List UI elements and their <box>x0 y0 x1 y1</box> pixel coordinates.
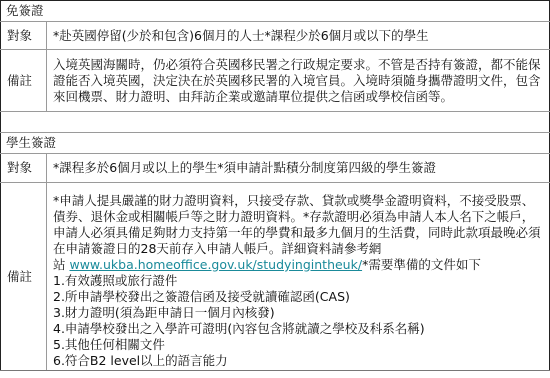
row-label: 備註 <box>1 50 47 112</box>
table-row-target: 對象 *課程多於6個月或以上的學生*須申請計點積分制度第四級的學生簽證 <box>1 154 550 183</box>
table-row-remarks: 備註 *申請人提具嚴謹的財力證明資料，只接受存款、貸款或獎學金證明資料，不接受股… <box>1 183 550 371</box>
section-title: 學生簽證 <box>1 133 550 154</box>
row-value: *課程多於6個月或以上的學生*須申請計點積分制度第四級的學生簽證 <box>47 154 550 183</box>
link-suffix: *需要準備的文件如下 <box>362 257 481 272</box>
section-title: 免簽證 <box>1 1 550 22</box>
row-label: 備註 <box>1 183 47 371</box>
spacer-row <box>1 112 550 133</box>
document-item: 4.申請學校發出之入學許可證明(內容包含將就讀之學校及科系名稱) <box>53 321 543 337</box>
row-value: 入境英國海關時，仍必須符合英國移民署之行政規定要求。不管是否持有簽證，都不能保證… <box>47 50 550 112</box>
remarks-intro: *申請人提具嚴謹的財力證明資料，只接受存款、貸款或獎學金證明資料，不接受股票、債… <box>53 193 543 257</box>
document-item: 6.符合B2 level以上的語言能力 <box>53 353 543 369</box>
row-value: *赴英國停留(少於和包含)6個月的人士*課程少於6個月或以下的學生 <box>47 22 550 50</box>
ukba-link[interactable]: www.ukba.homeoffice.gov.uk/studyinginthe… <box>69 257 362 272</box>
visa-info-table: 免簽證 對象 *赴英國停留(少於和包含)6個月的人士*課程少於6個月或以下的學生… <box>0 0 550 371</box>
document-item: 1.有效護照或旅行證件 <box>53 273 543 289</box>
row-value: *申請人提具嚴謹的財力證明資料，只接受存款、貸款或獎學金證明資料，不接受股票、債… <box>47 183 550 371</box>
row-label: 對象 <box>1 154 47 183</box>
section-header-student-visa: 學生簽證 <box>1 133 550 154</box>
document-item: 3.財力證明(須為距申請日一個月內核發) <box>53 305 543 321</box>
remarks-link-line: 站 www.ukba.homeoffice.gov.uk/studyingint… <box>53 257 543 273</box>
table-row-target: 對象 *赴英國停留(少於和包含)6個月的人士*課程少於6個月或以下的學生 <box>1 22 550 50</box>
section-header-visa-exempt: 免簽證 <box>1 1 550 22</box>
document-item: 2.所申請學校發出之簽證信函及接受就讀確認函(CAS) <box>53 289 543 305</box>
document-item: 5.其他任何相關文件 <box>53 337 543 353</box>
link-prefix: 站 <box>53 257 69 272</box>
table-row-remarks: 備註 入境英國海關時，仍必須符合英國移民署之行政規定要求。不管是否持有簽證，都不… <box>1 50 550 112</box>
row-label: 對象 <box>1 22 47 50</box>
